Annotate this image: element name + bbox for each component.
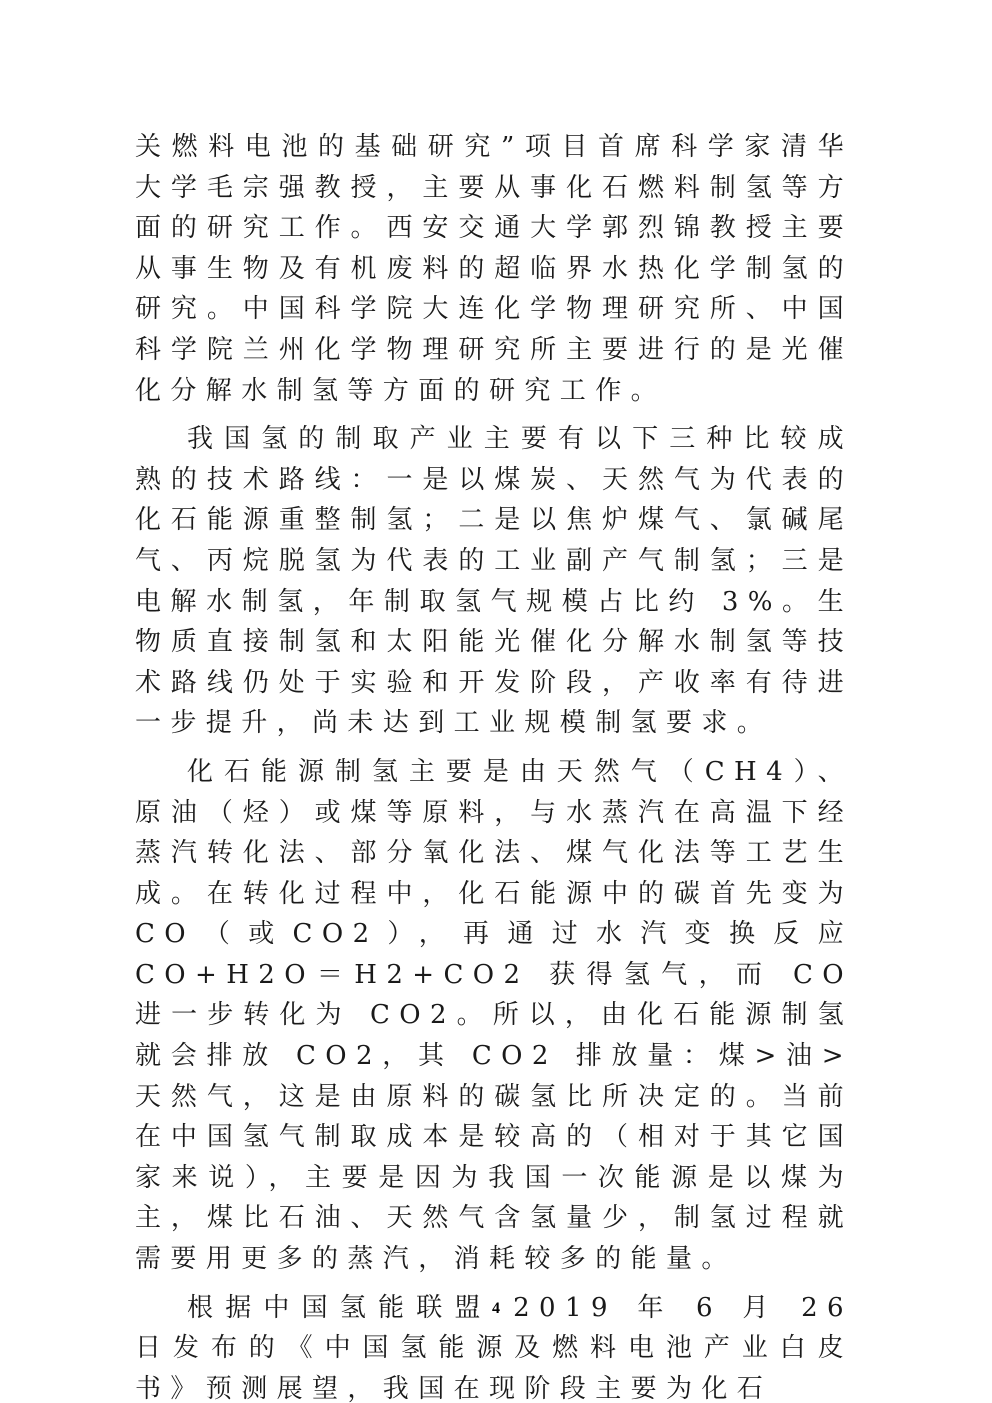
page-number: 4 <box>0 1300 992 1318</box>
paragraph-1: 关燃料电池的基础研究”项目首席科学家清华大学毛宗强教授，主要从事化石燃料制氢等方… <box>135 127 853 411</box>
document-page: 关燃料电池的基础研究”项目首席科学家清华大学毛宗强教授，主要从事化石燃料制氢等方… <box>0 0 992 1403</box>
paragraph-3: 化石能源制氢主要是由天然气（CH4）、原油（烃）或煤等原料，与水蒸汽在高温下经蒸… <box>135 752 853 1280</box>
body-text: 关燃料电池的基础研究”项目首席科学家清华大学毛宗强教授，主要从事化石燃料制氢等方… <box>135 127 853 1403</box>
paragraph-2: 我国氢的制取产业主要有以下三种比较成熟的技术路线：一是以煤炭、天然气为代表的化石… <box>135 419 853 744</box>
